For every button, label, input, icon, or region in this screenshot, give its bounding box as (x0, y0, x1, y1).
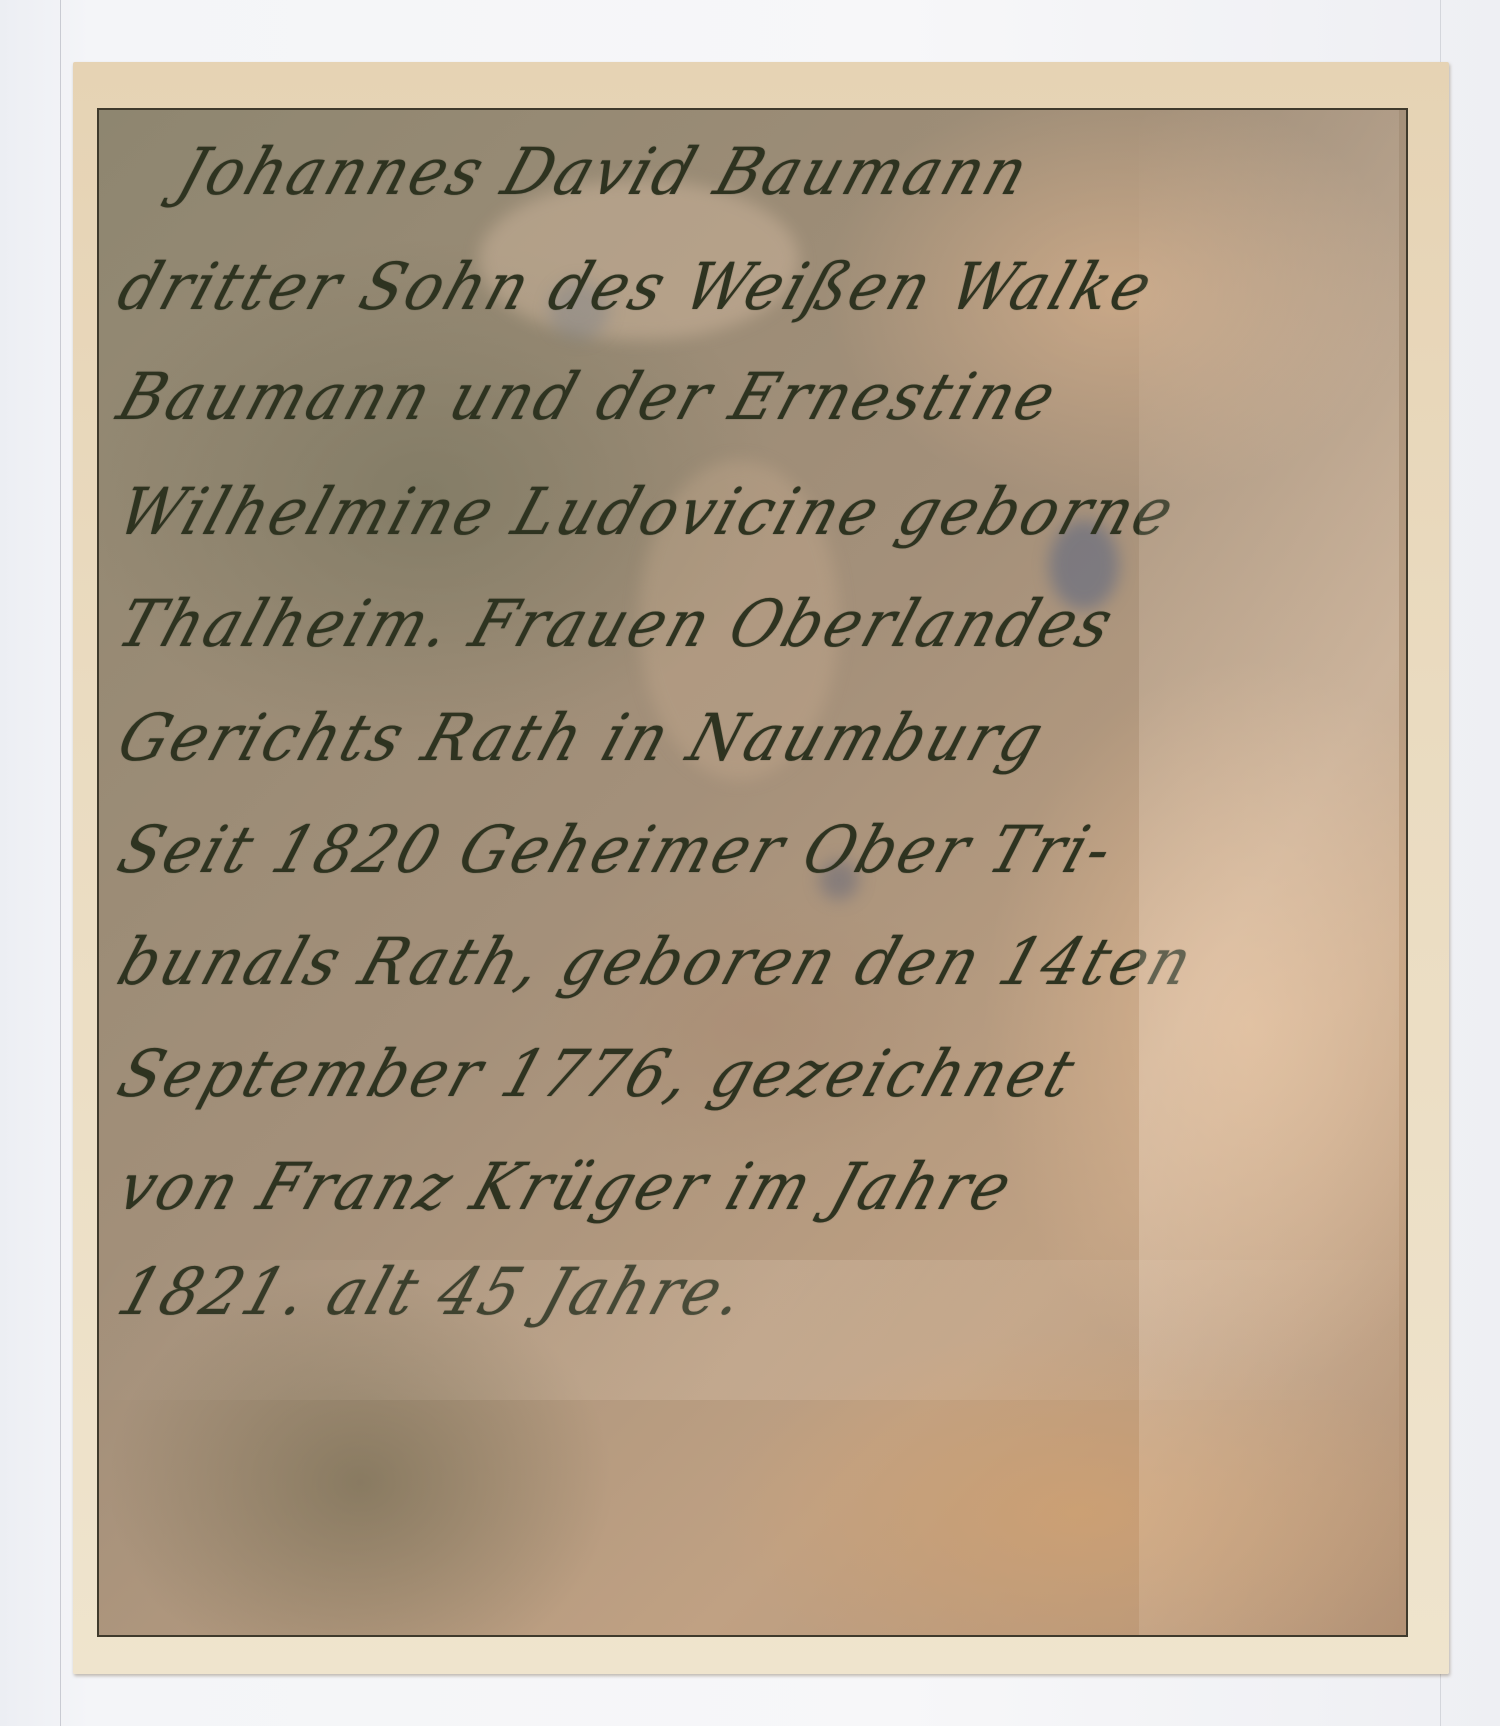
handwritten-text: Johannes David Baumann dritter Sohn des … (99, 110, 1406, 1635)
text-line-11: 1821. alt 45 Jahre. (109, 1254, 757, 1330)
text-line-10: von Franz Krüger im Jahre (109, 1149, 1023, 1225)
text-line-5: Thalheim. Frauen Oberlandes (109, 586, 1125, 662)
text-line-7: Seit 1820 Geheimer Ober Tri- (109, 812, 1124, 888)
text-line-9: September 1776, gezeichnet (109, 1036, 1086, 1112)
text-line-1: Johannes David Baumann (169, 134, 1040, 210)
mount-crease-left (60, 0, 61, 1726)
text-line-2: dritter Sohn des Weißen Walke (109, 249, 1164, 325)
text-line-6: Gerichts Rath in Naumburg (109, 700, 1055, 776)
document-paper: Johannes David Baumann dritter Sohn des … (97, 108, 1408, 1637)
text-line-8: bunals Rath, geboren den 14ten (109, 924, 1204, 1000)
text-line-4: Wilhelmine Ludovicine geborne (109, 474, 1186, 550)
text-line-3: Baumann und der Ernestine (109, 359, 1067, 435)
